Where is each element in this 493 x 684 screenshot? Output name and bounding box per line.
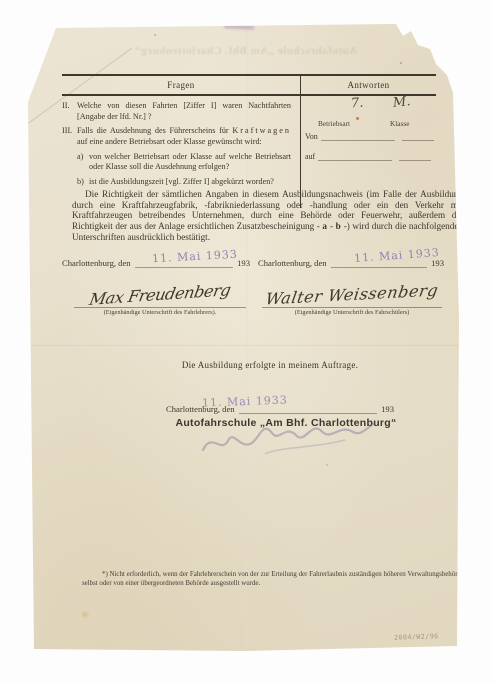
footnote: *) Nicht erforderlich, wenn der Fahrlehr… [82, 570, 464, 589]
fill-in-line [321, 132, 395, 141]
year-prefix: 193 [381, 404, 394, 414]
auf-label: auf [305, 152, 315, 161]
confirmation-paragraph: Die Richtigkeit der sämtlichen Angaben i… [72, 189, 463, 243]
year-prefix: 193 [431, 258, 444, 268]
foxing-speck [400, 62, 402, 64]
teacher-signature-caption: (Eigenhändige Unterschrift des Fahrlehre… [74, 309, 246, 316]
auftrag-statement: Die Ausbildung erfolgte in meinem Auftra… [86, 360, 454, 370]
question-text: Welche von diesen Fahrten [Ziffer I] war… [77, 101, 291, 122]
table-header-row: Fragen Antworten [62, 74, 436, 96]
foxing-speck [326, 464, 328, 466]
signature-block-teacher: Max Freudenberg (Eigenhändige Unterschri… [74, 274, 246, 316]
question-iii: III. Falls die Ausdehnung des Führersche… [62, 126, 291, 147]
question-number: b) [77, 177, 89, 188]
horizontal-fold-crease [26, 499, 460, 501]
question-number: III. [62, 126, 77, 147]
question-number: a) [77, 152, 89, 173]
horizontal-fold-crease-upper [26, 345, 460, 346]
column-header-antworten: Antworten [301, 76, 436, 94]
column-header-fragen: Fragen [62, 76, 301, 94]
question-text: Falls die Ausdehnung des Führerscheins f… [77, 126, 291, 147]
student-signature-caption: (Eigenhändige Unterschrift des Fahrschül… [262, 309, 442, 316]
blank-line-von: Von [305, 132, 434, 141]
archive-number: 2004/W2/96 [394, 632, 439, 642]
year-prefix: 193 [237, 258, 250, 268]
ink-smudge [224, 24, 254, 30]
label-betriebsart: Betriebsart [318, 119, 350, 128]
fill-in-line [318, 152, 392, 161]
blank-line-auf: auf [305, 152, 431, 161]
document-sheet: Autofahrschule „Am Bhf. Charlottenburg“ … [26, 18, 460, 658]
photo-background: Autofahrschule „Am Bhf. Charlottenburg“ … [0, 0, 493, 684]
label-klasse: Klasse [390, 119, 409, 128]
signature-block-student: Walter Weissenberg (Eigenhändige Untersc… [262, 274, 442, 316]
fill-in-line [399, 152, 431, 161]
place-label: Charlottenburg, den [62, 258, 131, 268]
handwritten-answer-class: M. [392, 94, 411, 111]
von-label: Von [305, 132, 318, 141]
question-iii-a: a) von welcher Betriebsart oder Klasse a… [77, 152, 291, 173]
questions-table: Fragen Antworten II. Welche von diesen F… [62, 74, 436, 208]
fill-in-line [402, 132, 434, 141]
foxing-speck [154, 34, 156, 36]
emphasized-word: Kraftwagen [232, 126, 291, 135]
question-number: II. [62, 101, 77, 122]
handwritten-answer-number: 7. [350, 96, 363, 112]
question-iii-b: b) ist die Ausbildungszeit [vgl. Ziffer … [77, 177, 291, 188]
question-text: ist die Ausbildungszeit [vgl. Ziffer I] … [89, 177, 274, 188]
question-text: von welcher Betriebsart oder Klasse auf … [89, 152, 291, 173]
question-ii: II. Welche von diesen Fahrten [Ziffer I]… [62, 101, 291, 122]
foxing-speck [82, 612, 88, 617]
place-label: Charlottenburg, den [258, 258, 327, 268]
